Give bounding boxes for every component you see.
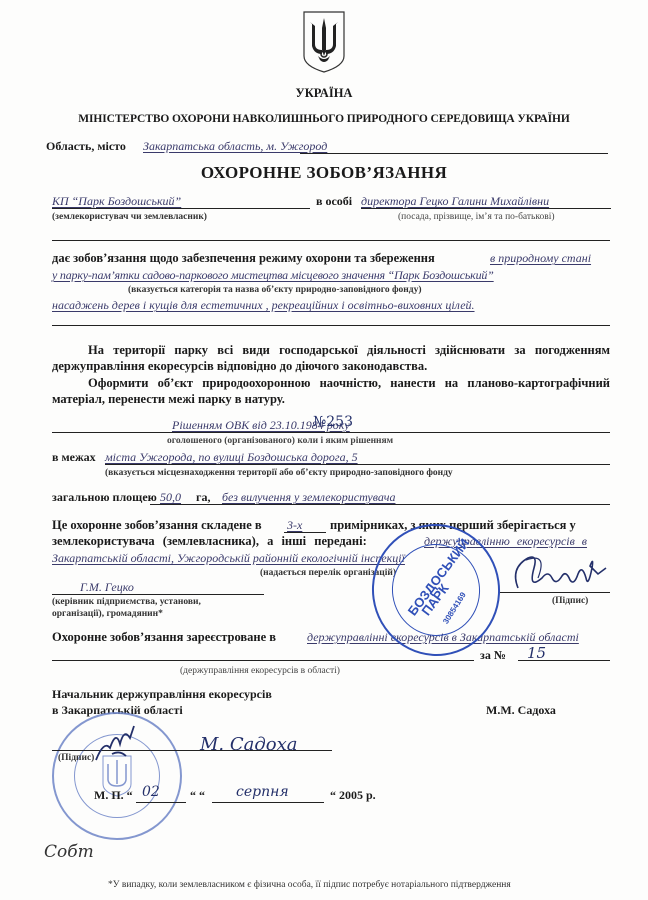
region-underline [300, 153, 608, 154]
area-note-field: без вилучення у землекористувача [222, 490, 395, 505]
location-underline [105, 464, 610, 465]
official-name: М.М. Садоха [486, 703, 556, 718]
document-title: ОХОРОННЕ ЗОБОВ’ЯЗАННЯ [0, 163, 648, 183]
handwritten-note: Собт [44, 842, 94, 862]
date-month-field: серпня [236, 784, 289, 800]
official-handwritten-name: М. Садоха [200, 734, 298, 755]
condition-paragraph-1: На території парку всі види господарсько… [52, 342, 610, 374]
date-day-underline [136, 802, 186, 803]
copies-text-after-2: землекористувача (землевласника), а інші… [52, 534, 367, 549]
blank-line-1 [52, 240, 610, 241]
recipients-field-2: Закарпатській області, Ужгородській райо… [52, 551, 405, 566]
represented-by-label: в особі [316, 194, 352, 209]
represented-by-caption: (посада, прізвище, ім’я та по-батькові) [398, 212, 555, 222]
decision-caption: оголошеного (організованого) коли і яким… [167, 436, 393, 446]
date-year: “ 2005 р. [330, 788, 376, 803]
registration-number-label: за № [480, 648, 506, 663]
date-quote: “ “ [190, 788, 205, 803]
land-user-caption: (землекористувач чи землевласник) [52, 212, 207, 222]
obligation-state-field: в природному стані [490, 251, 591, 266]
condition-paragraph-2-text: Оформити об’єкт природоохоронною наочніс… [52, 376, 610, 406]
protected-object-caption: (вказується категорія та назва об’єкту п… [128, 285, 422, 295]
obligation-label: дає зобов’язання щодо забезпечення режим… [52, 251, 435, 266]
document-page: УКРАЇНА МІНІСТЕРСТВО ОХОРОНИ НАВКОЛИШНЬО… [0, 0, 648, 900]
condition-paragraph-1-text: На території парку всі види господарсько… [52, 343, 610, 373]
copies-count-field: 3-х [287, 518, 302, 533]
area-underline [150, 504, 610, 505]
footnote: *У випадку, коли землевласником є фізичн… [108, 880, 511, 890]
land-user-field: КП “Парк Боздошський” [52, 194, 181, 209]
signatory-caption-2: організації), громадянин* [52, 609, 163, 619]
date-day-field: 02 [142, 784, 160, 800]
purpose-field: насаджень дерев і кущів для естетичних ,… [52, 298, 475, 313]
copies-count-underline [284, 532, 326, 533]
location-field: міста Ужгорода, по вулиці Боздошська дор… [105, 450, 358, 465]
signatory-name-field: Г.М. Гецко [80, 580, 134, 595]
protected-object-field: у парку-пам’ятки садово-паркового мистец… [52, 268, 494, 283]
country-heading: УКРАЇНА [0, 86, 648, 101]
area-field: 50,0 [160, 490, 181, 505]
official-title-1: Начальник держуправління екоресурсів [52, 687, 272, 702]
ministry-heading: МІНІСТЕРСТВО ОХОРОНИ НАВКОЛИШНЬОГО ПРИРО… [0, 113, 648, 125]
decision-number-handwritten: №253 [313, 414, 353, 430]
signatory-signature-icon [508, 548, 608, 598]
seal-label: М. П. “ [94, 788, 133, 803]
registration-label: Охоронне зобов’язання зареєстроване в [52, 630, 276, 645]
represented-by-underline [361, 208, 611, 209]
signatory-underline [52, 594, 264, 595]
blank-line-2 [52, 325, 610, 326]
area-label: загальною площею [52, 490, 157, 505]
registration-number-underline [518, 660, 610, 661]
registration-underline [52, 660, 474, 661]
represented-by-field: директора Гецко Галини Михайлівни [361, 194, 549, 209]
official-signature-caption: (Підпис) [58, 753, 94, 763]
official-signature-icon [90, 720, 140, 770]
location-caption: (вказується місцезнаходження території а… [105, 468, 453, 478]
land-user-underline [52, 208, 310, 209]
location-label: в межах [52, 450, 96, 465]
region-label: Область, місто [46, 139, 126, 154]
region-field: Закарпатська область, м. Ужгород [143, 139, 327, 154]
date-month-underline [212, 802, 324, 803]
condition-paragraph-2: Оформити об’єкт природоохоронною наочніс… [52, 375, 610, 407]
signatory-caption-1: (керівник підприємства, установи, [52, 597, 201, 607]
copies-label: Це охоронне зобов’язання складене в [52, 518, 262, 533]
area-unit: га, [196, 490, 210, 505]
registration-caption: (держуправління екоресурсів в області) [180, 666, 340, 676]
trident-coat-of-arms-icon [302, 10, 346, 74]
